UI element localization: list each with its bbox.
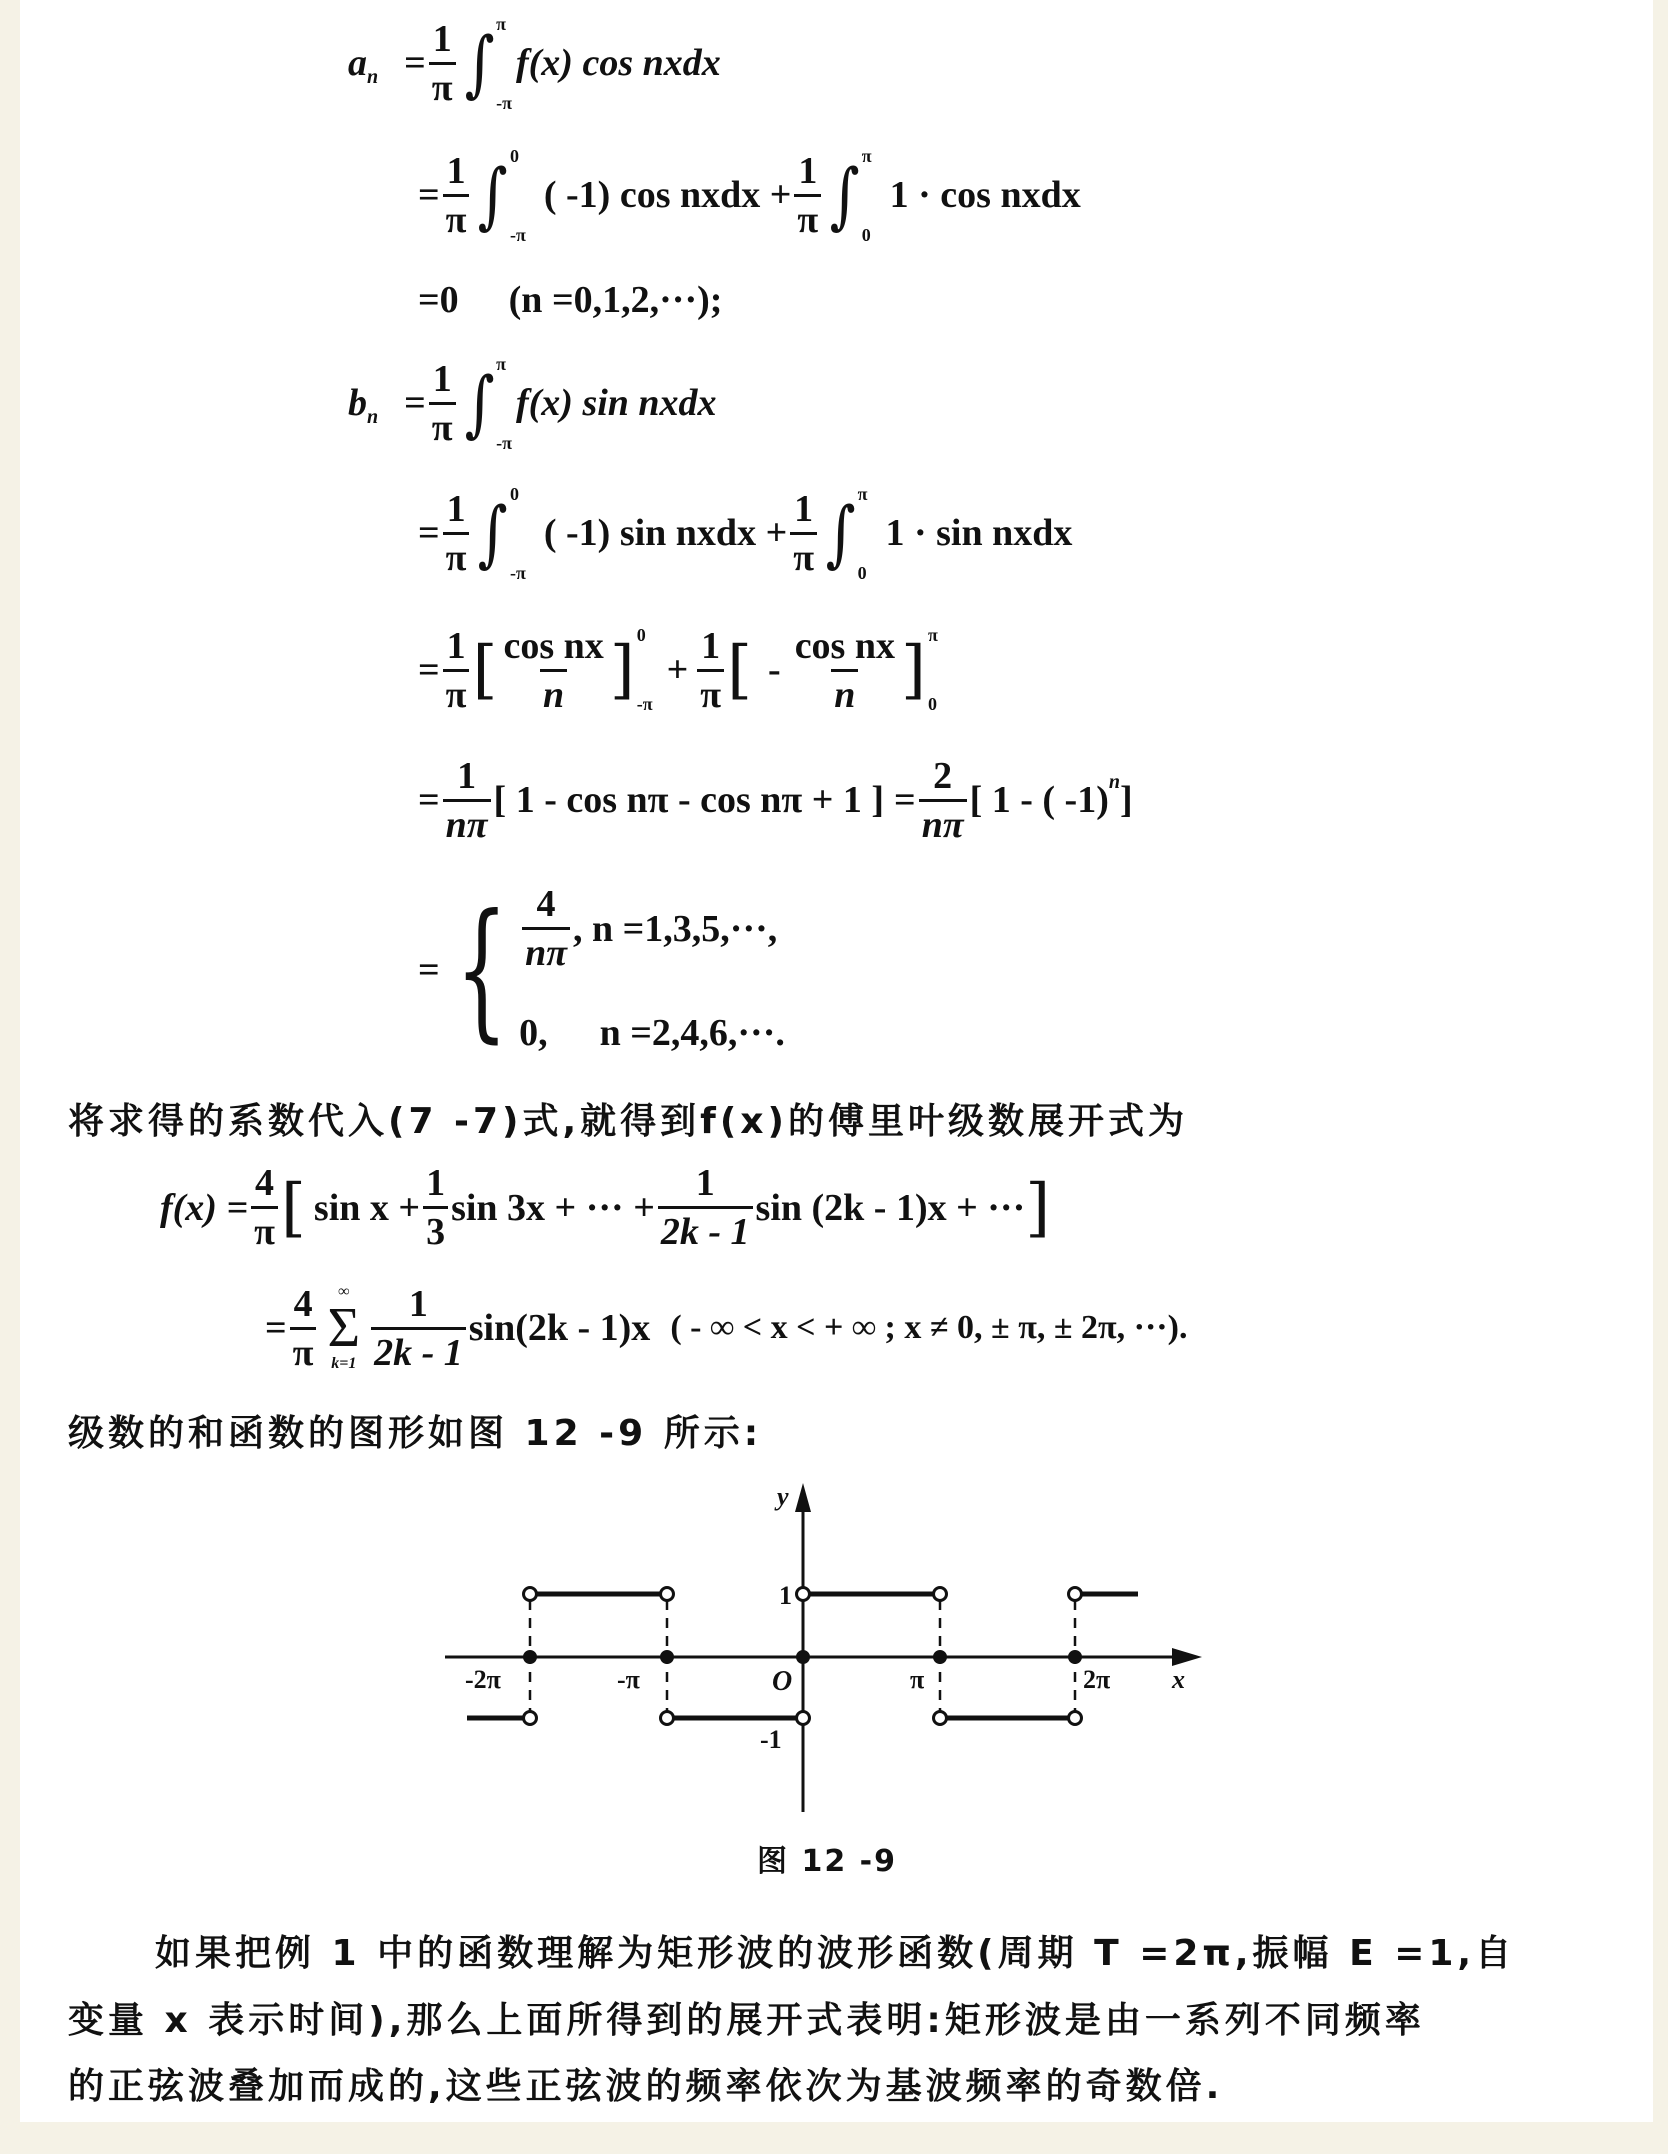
svg-text:2π: 2π bbox=[1083, 1665, 1110, 1694]
svg-text:x: x bbox=[1171, 1665, 1185, 1694]
figure-caption: 图 12 -9 bbox=[757, 1836, 897, 1880]
svg-text:π: π bbox=[910, 1665, 924, 1694]
svg-text:1: 1 bbox=[779, 1581, 792, 1610]
svg-text:O: O bbox=[772, 1666, 792, 1697]
x-axis-arrow-icon bbox=[1172, 1648, 1202, 1666]
svg-text:y: y bbox=[774, 1482, 789, 1511]
svg-text:-2π: -2π bbox=[465, 1665, 501, 1694]
y-axis-arrow-icon bbox=[795, 1483, 811, 1512]
closing-paragraph-line-2: 变量 x 表示时间),那么上面所得到的展开式表明:矩形波是由一系列不同频率 bbox=[68, 1992, 1425, 2043]
closing-paragraph-line-3: 的正弦波叠加而成的,这些正弦波的频率依次为基波频率的奇数倍. bbox=[68, 2058, 1223, 2109]
closing-paragraph-line-1: 如果把例 1 中的函数理解为矩形波的波形函数(周期 T =2π,振幅 E =1,… bbox=[155, 1925, 1515, 1976]
svg-text:-1: -1 bbox=[760, 1725, 782, 1754]
svg-text:-π: -π bbox=[617, 1665, 640, 1694]
square-wave-chart: -2π -π O π 2π 1 -1 x y bbox=[0, 0, 1668, 2154]
